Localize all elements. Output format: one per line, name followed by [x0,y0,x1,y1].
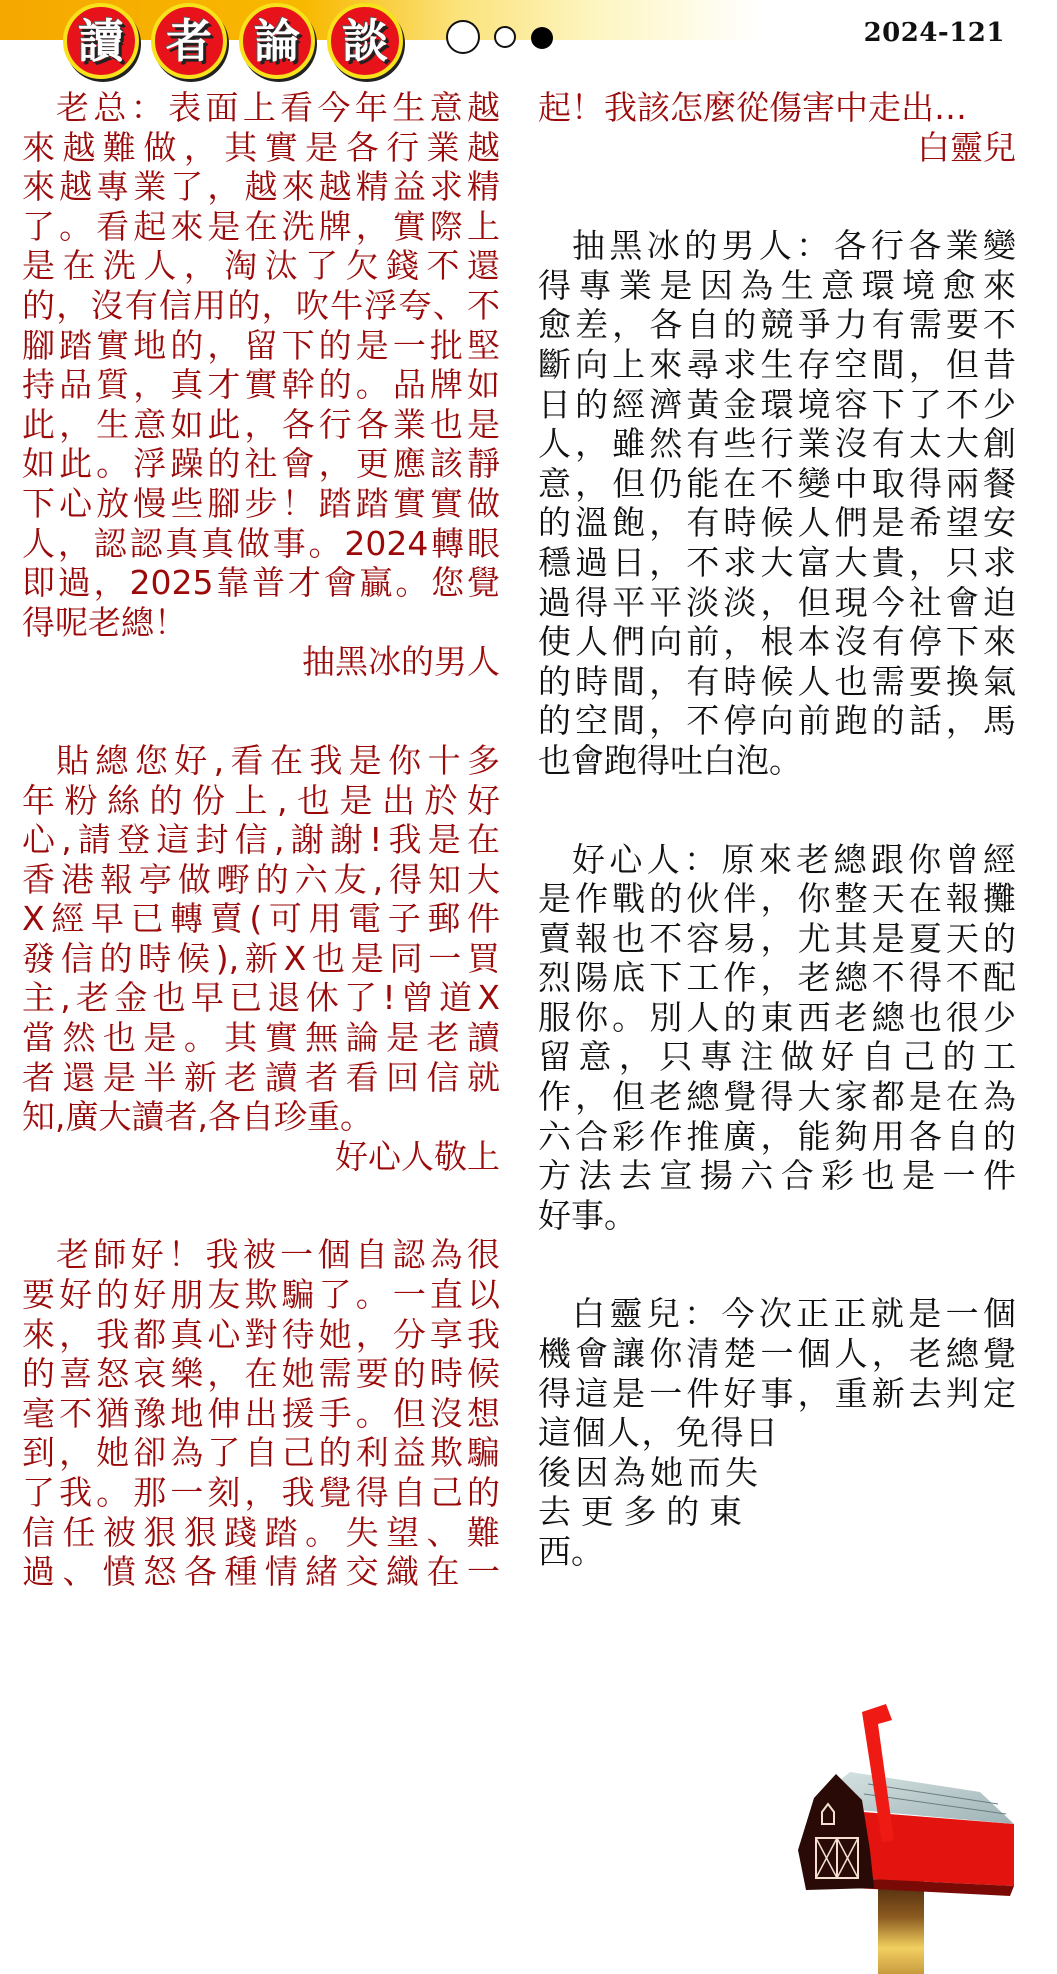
letter-line: 即過，2025靠普才會贏。您覺 [22,563,500,603]
letter-line: 老总：表面上看今年生意越 [22,88,500,128]
letter-3: 老師好！我被一個自認為很 要好的好朋友欺騙了。一直以 來，我都真心對待她，分享我… [22,1235,500,1591]
reply-line: 日的經濟黃金環境容下了不少 [538,385,1016,425]
reply-line: 人，雖然有些行業沒有太大創 [538,424,1016,464]
reply-line: 賣報也不容易，尤其是夏天的 [538,919,1016,959]
letter-line: 來越難做，其實是各行業越 [22,128,500,168]
reply-line: 得專業是因為生意環境愈來 [538,266,1016,306]
letter-line: 香港報亭做嘢的六友,得知大 [22,860,500,900]
letter-line: 此，生意如此，各行各業也是 [22,405,500,445]
letter-line: 的喜怒哀樂，在她需要的時候 [22,1354,500,1394]
letter-line: X經早已轉賣(可用電子郵件 [22,899,500,939]
letter-line: 是在洗人，淘汰了欠錢不還 [22,246,500,286]
reply-line: 六合彩作推廣，能夠用各自的 [538,1117,1016,1157]
letter-line: 人，認認真真做事。2024轉眼 [22,524,500,564]
letter-line: 信任被狠狠踐踏。失望、難 [22,1513,500,1553]
left-column: 老总：表面上看今年生意越 來越難做，其實是各行業越 來越專業了，越來越精益求精 … [22,88,500,1592]
filled-circle-icon [531,27,553,49]
open-circle-large-icon [446,20,480,54]
letter-signature: 抽黑冰的男人 [22,642,500,682]
reply-line: 的時間，有時候人也需要換氣 [538,662,1016,702]
letter-line: 貼總您好,看在我是你十多 [22,741,500,781]
letter-line: 的，沒有信用的，吹牛浮夸、不 [22,286,500,326]
reply-line: 烈陽底下工作，老總不得不配 [538,958,1016,998]
reply-line: 使人們向前，根本沒有停下來 [538,622,1016,662]
letter-line: 老師好！我被一個自認為很 [22,1235,500,1275]
reply-line: 過得平平淡淡，但現今社會迫 [538,583,1016,623]
letter-line: 知,廣大讀者,各自珍重。 [22,1097,500,1137]
reply-line: 機會讓你清楚一個人，老總覺 [538,1334,1016,1374]
letter-line: 到，她卻為了自己的利益欺騙 [22,1433,500,1473]
letter-line: 來，我都真心對待她，分享我 [22,1315,500,1355]
letter-line: 持品質，真才實幹的。品牌如 [22,365,500,405]
letter-signature: 白靈兒 [538,128,1016,168]
letter-line: 來越專業了，越來越精益求精 [22,167,500,207]
mailbox-illustration [778,1700,1028,1974]
mailbox-icon [778,1700,1028,1974]
letter-line: 如此。浮躁的社會，更應該靜 [22,444,500,484]
reply-line: 西。 [538,1532,1016,1572]
issue-number: 2024-121 [864,18,1005,48]
letter-line: 了我。那一刻，我覺得自己的 [22,1473,500,1513]
letter-line: 毫不猶豫地伸出援手。但沒想 [22,1394,500,1434]
letter-line: 發信的時候),新X也是同一買 [22,939,500,979]
letter-2: 貼總您好,看在我是你十多 年粉絲的份上,也是出於好 心,請登這封信,謝謝!我是在… [22,741,500,1177]
title-badge-2: 者 [151,3,227,79]
letter-line: 起！我該怎麼從傷害中走出… [538,88,1016,128]
reply-line: 也會跑得吐白泡。 [538,741,1016,781]
letter-line: 主,老金也早已退休了!曾道X [22,978,500,1018]
letter-signature: 好心人敬上 [22,1137,500,1177]
reply-line: 意，但仍能在不變中取得兩餐 [538,464,1016,504]
reply-line: 得這是一件好事，重新去判定 [538,1374,1016,1414]
reply-2: 好心人：原來老總跟你曾經 是作戰的伙伴，你整天在報攤 賣報也不容易，尤其是夏天的… [538,840,1016,1236]
reply-line: 這個人，免得日 [538,1413,778,1453]
letter-line: 過、憤怒各種情緒交織在一 [22,1552,500,1592]
reply-line: 好心人：原來老總跟你曾經 [538,840,1016,880]
reply-line: 的空間，不停向前跑的話，馬 [538,701,1016,741]
reply-line: 白靈兒：今次正正就是一個 [538,1294,1016,1334]
letter-1: 老总：表面上看今年生意越 來越難做，其實是各行業越 來越專業了，越來越精益求精 … [22,88,500,682]
reply-line: 留意，只專注做好自己的工 [538,1037,1016,1077]
reply-line: 愈差，各自的競爭力有需要不 [538,305,1016,345]
letter-line: 年粉絲的份上,也是出於好 [22,781,500,821]
reply-3: 白靈兒：今次正正就是一個 機會讓你清楚一個人，老總覺 得這是一件好事，重新去判定… [538,1294,1016,1571]
letter-line: 下心放慢些腳步！踏踏實實做 [22,484,500,524]
right-column: 起！我該怎麼從傷害中走出… 白靈兒 抽黑冰的男人：各行各業變 得專業是因為生意環… [538,88,1016,1572]
title-badge-3: 論 [239,3,315,79]
reply-line: 方法去宣揚六合彩也是一件 [538,1156,1016,1196]
reply-line: 去更多的東 [538,1492,742,1532]
reply-line: 服你。別人的東西老總也很少 [538,998,1016,1038]
letter-line: 了。看起來是在洗牌，實際上 [22,207,500,247]
letter-line: 要好的好朋友欺騙了。一直以 [22,1275,500,1315]
reply-line: 抽黑冰的男人：各行各業變 [538,226,1016,266]
reply-line: 穩過日，不求大富大貴，只求 [538,543,1016,583]
letter-line: 腳踏實地的，留下的是一批堅 [22,326,500,366]
letter-line: 者還是半新老讀者看回信就 [22,1058,500,1098]
reply-line: 後因為她而失 [538,1453,758,1493]
letter-line: 當然也是。其實無論是老讀 [22,1018,500,1058]
reply-line: 作，但老總覺得大家都是在為 [538,1077,1016,1117]
open-circle-small-icon [494,26,516,48]
reply-line: 好事。 [538,1196,1016,1236]
letter-line: 得呢老總！ [22,603,500,643]
reply-line: 斷向上來尋求生存空間，但昔 [538,345,1016,385]
title-badge-4: 談 [327,3,403,79]
header-banner: 讀 者 論 談 2024-121 [0,0,1057,80]
letter-3-continued: 起！我該怎麼從傷害中走出… 白靈兒 [538,88,1016,167]
reply-line: 的溫飽，有時候人們是希望安 [538,503,1016,543]
title-badge-1: 讀 [63,3,139,79]
letter-line: 心,請登這封信,謝謝!我是在 [22,820,500,860]
reply-1: 抽黑冰的男人：各行各業變 得專業是因為生意環境愈來 愈差，各自的競爭力有需要不 … [538,226,1016,780]
reply-line: 是作戰的伙伴，你整天在報攤 [538,879,1016,919]
